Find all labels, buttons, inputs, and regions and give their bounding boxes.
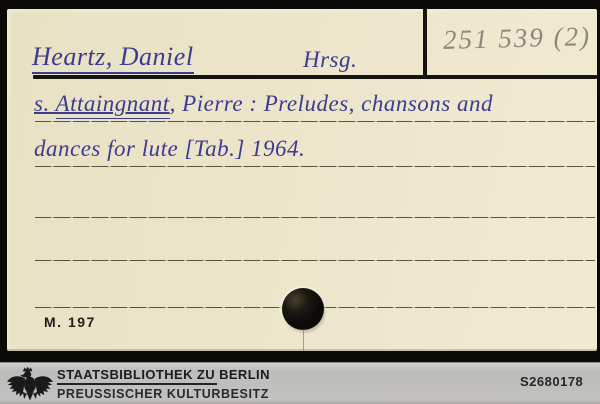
scan-serial-number: S2680178 xyxy=(520,374,583,389)
ruled-line xyxy=(35,260,595,261)
catalog-card: Heartz, Daniel Hrsg. 251 539 (2) s. Atta… xyxy=(7,9,597,351)
author-heading: Heartz, Daniel xyxy=(32,42,194,72)
header-vertical-divider xyxy=(423,9,427,79)
ruled-line xyxy=(35,217,595,218)
header-rule-thick xyxy=(33,75,597,79)
author-name: Heartz, Daniel xyxy=(32,42,194,74)
institution-line-1: STAATSBIBLIOTHEK ZU BERLIN xyxy=(57,367,270,382)
library-footer-bar: STAATSBIBLIOTHEK ZU BERLIN PREUSSISCHER … xyxy=(0,362,600,404)
reference-title-text: , Pierre : Preludes, chansons and xyxy=(170,91,493,116)
punch-hole xyxy=(282,288,324,330)
cross-reference-line-1: s. Attaingnant, Pierre : Preludes, chans… xyxy=(34,91,493,117)
institution-line-2: PREUSSISCHER KULTURBESITZ xyxy=(57,387,270,401)
prussian-eagle-icon xyxy=(5,365,55,403)
referenced-author-name: Attaingnant xyxy=(56,91,170,119)
cross-reference-line-2: dances for lute [Tab.] 1964. xyxy=(34,136,305,162)
shelfmark-pencil-number: 251 539 (2) xyxy=(443,21,592,56)
photo-background: Heartz, Daniel Hrsg. 251 539 (2) s. Atta… xyxy=(0,0,600,404)
ruled-line xyxy=(35,166,595,167)
card-series-number: M. 197 xyxy=(44,314,96,330)
see-abbreviation: s. xyxy=(34,91,56,116)
ruled-line xyxy=(35,121,595,122)
author-role: Hrsg. xyxy=(303,47,357,73)
institution-name-block: STAATSBIBLIOTHEK ZU BERLIN PREUSSISCHER … xyxy=(57,367,270,401)
institution-separator-line xyxy=(57,383,217,385)
paper-crease xyxy=(303,329,304,351)
